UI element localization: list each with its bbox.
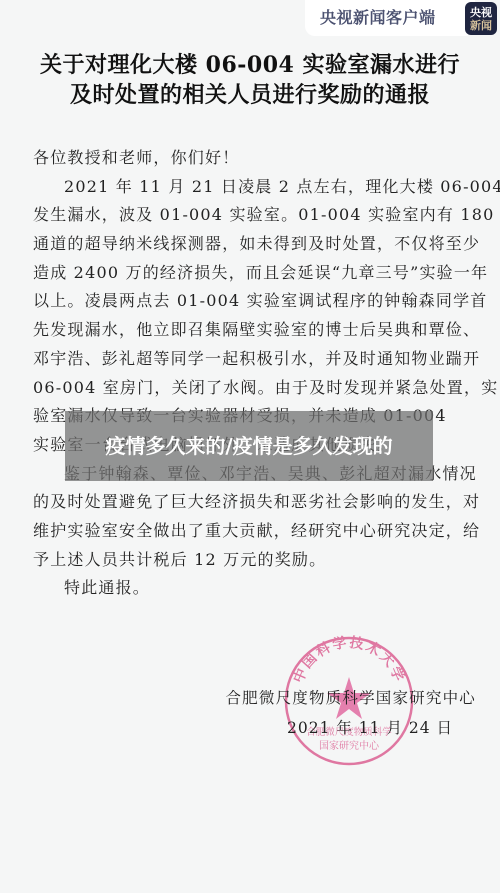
body-line: 的及时处置避免了巨大经济损失和恶劣社会影响的发生，对 bbox=[33, 488, 475, 517]
body-line: 2021 年 11 月 21 日凌晨 2 点左右，理化大楼 06-004 室 bbox=[33, 173, 475, 202]
signature-org: 合肥微尺度物质科学国家研究中心 bbox=[222, 684, 476, 712]
cctv-news-logo-icon: 央视 新闻 bbox=[465, 2, 497, 35]
title-line-1: 关于对理化大楼 06-004 实验室漏水进行 bbox=[30, 50, 470, 80]
signature-date: 2021 年 11 月 24 日 bbox=[287, 714, 453, 742]
body-line: 发生漏水，波及 01-004 实验室。01-004 实验室内有 180 个 bbox=[33, 201, 475, 230]
title-line-2: 及时处置的相关人员进行奖励的通报 bbox=[30, 80, 470, 110]
greeting: 各位教授和老师，你们好！ bbox=[33, 144, 475, 173]
body-line: 通道的超导纳米线探测器，如未得到及时处置，不仅将至少 bbox=[33, 230, 475, 259]
svg-text:中国科学技术大学: 中国科学技术大学 bbox=[290, 635, 409, 685]
logo-line-1: 央视 bbox=[470, 6, 492, 19]
document-body: 各位教授和老师，你们好！ 2021 年 11 月 21 日凌晨 2 点左右，理化… bbox=[33, 144, 475, 603]
document-title: 关于对理化大楼 06-004 实验室漏水进行 及时处置的相关人员进行奖励的通报 bbox=[30, 50, 470, 110]
seal-arc-text: 中国科学技术大学 bbox=[290, 635, 409, 685]
closing-line: 特此通报。 bbox=[33, 574, 475, 603]
body-line: 邓宇浩、彭礼超等同学一起积极引水，并及时通知物业踹开 bbox=[33, 345, 475, 374]
body-line: 06-004 室房门，关闭了水阀。由于及时发现并紧急处置，实 bbox=[33, 374, 475, 403]
headline-overlay: 疫情多久来的/疫情是多久发现的 bbox=[65, 411, 433, 481]
body-line: 以上。凌晨两点去 01-004 实验室调试程序的钟翰森同学首 bbox=[33, 287, 475, 316]
logo-line-2: 新闻 bbox=[470, 19, 492, 32]
body-line: 维护实验室安全做出了重大贡献，经研究中心研究决定，给 bbox=[33, 517, 475, 546]
body-line: 予上述人员共计税后 12 万元的奖励。 bbox=[33, 546, 475, 575]
body-line: 造成 2400 万的经济损失，而且会延误“九章三号”实验一年 bbox=[33, 259, 475, 288]
body-line: 先发现漏水，他立即召集隔壁实验室的博士后吴典和覃俭、 bbox=[33, 316, 475, 345]
source-name: 央视新闻客户端 bbox=[320, 6, 436, 30]
headline-text: 疫情多久来的/疫情是多久发现的 bbox=[84, 433, 414, 460]
